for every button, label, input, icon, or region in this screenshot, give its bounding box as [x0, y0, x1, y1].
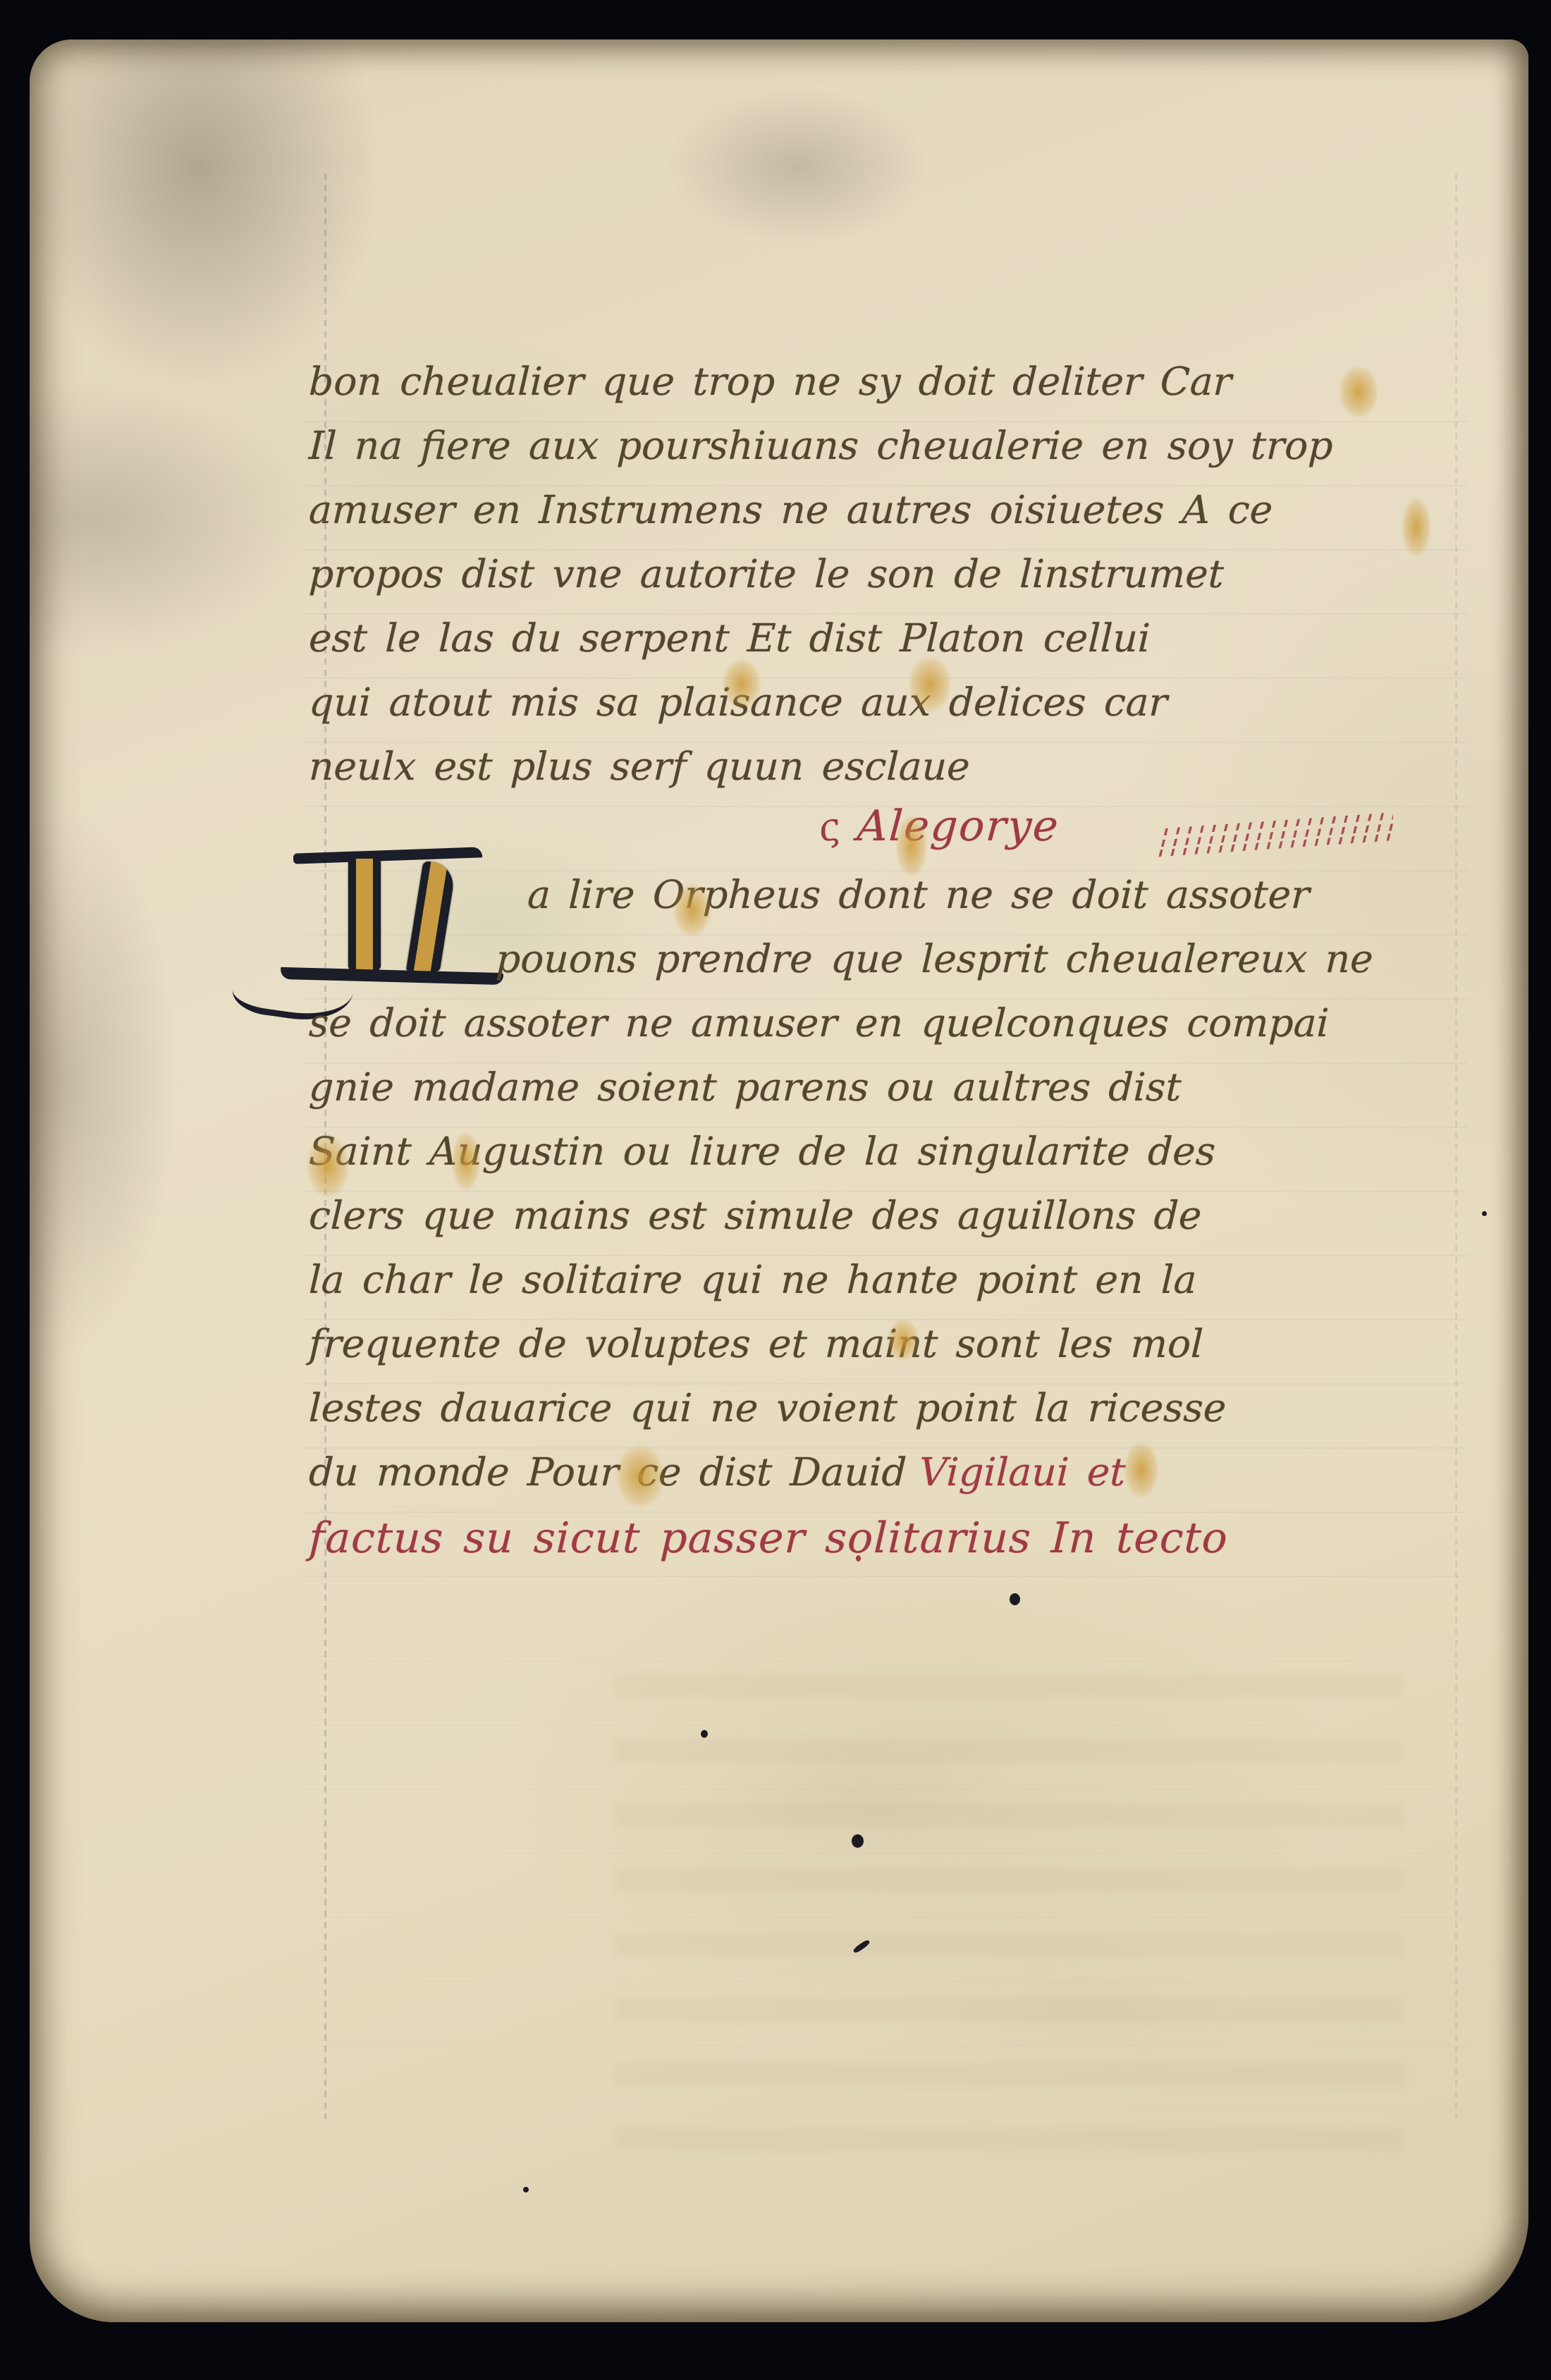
ink-speck: [852, 1834, 864, 1848]
gold-touch: [908, 656, 952, 713]
manuscript-page: bon cheualier que trop ne sy doit delite…: [30, 39, 1528, 2322]
text-line: gnie madame soient parens ou aultres dis…: [308, 1064, 1182, 1110]
gold-touch: [615, 1444, 666, 1509]
closing-red-segment: Vigilaui et: [919, 1449, 1127, 1495]
ink-speck: [856, 1555, 861, 1562]
initial-left-bar: [348, 859, 381, 970]
text-line: clers que mains est simule des aguillons…: [308, 1192, 1203, 1239]
text-line: amuser en Instrumens ne autres oisiuetes…: [308, 486, 1273, 533]
gold-touch: [1124, 1441, 1159, 1499]
text-line-mixed: du monde Pour ce dist DauidVigilaui et: [308, 1449, 1127, 1495]
text-line: pouons prendre que lesprit cheualereux n…: [495, 936, 1374, 982]
gold-touch: [722, 658, 761, 709]
text-line: Saint Augustin ou liure de la singularit…: [308, 1128, 1216, 1174]
photographed-manuscript: bon cheualier que trop ne sy doit delite…: [0, 0, 1551, 2380]
text-line: neulx est plus serf quun esclaue: [308, 743, 971, 790]
text-line: se doit assoter ne amuser en quelconques…: [308, 1000, 1330, 1046]
gold-touch: [451, 1131, 481, 1191]
text-line-red: factus su sicut passer solitarius In tec…: [308, 1513, 1229, 1564]
gold-touch: [895, 814, 928, 878]
ink-speck: [1010, 1593, 1020, 1605]
text-line: bon cheualier que trop ne sy doit delite…: [308, 358, 1232, 405]
rubric-paragraph-mark: ς: [814, 806, 843, 848]
rubric-title: Alegorye: [856, 805, 1061, 847]
verso-show-through: [615, 1633, 1404, 2169]
illuminated-initial: L: [317, 843, 493, 1005]
ink-speck: [701, 1730, 708, 1738]
text-line: Il na fiere aux pourshiuans cheualerie e…: [308, 422, 1334, 469]
text-line: propos dist vne autorite le son de linst…: [308, 551, 1225, 597]
text-line: lestes dauarice qui ne voient point la r…: [308, 1385, 1227, 1431]
text-line: frequente de voluptes et maint sont les …: [308, 1320, 1204, 1367]
gold-touch: [306, 1134, 350, 1198]
text-line: a lire Orpheus dont ne se doit assoter: [527, 871, 1311, 918]
gold-touch: [1338, 365, 1379, 419]
ink-speck: [1482, 1211, 1487, 1216]
closing-black-segment: du monde Pour ce dist Dauid: [308, 1449, 907, 1495]
text-line: est le las du serpent Et dist Platon cel…: [308, 615, 1151, 661]
gold-touch: [673, 883, 712, 938]
right-margin-ruling-line: [1455, 173, 1457, 2119]
gold-touch: [1402, 496, 1431, 558]
gold-touch: [887, 1318, 919, 1362]
text-line: la char le solitaire qui ne hante point …: [308, 1256, 1198, 1303]
ink-speck: [523, 2187, 529, 2192]
